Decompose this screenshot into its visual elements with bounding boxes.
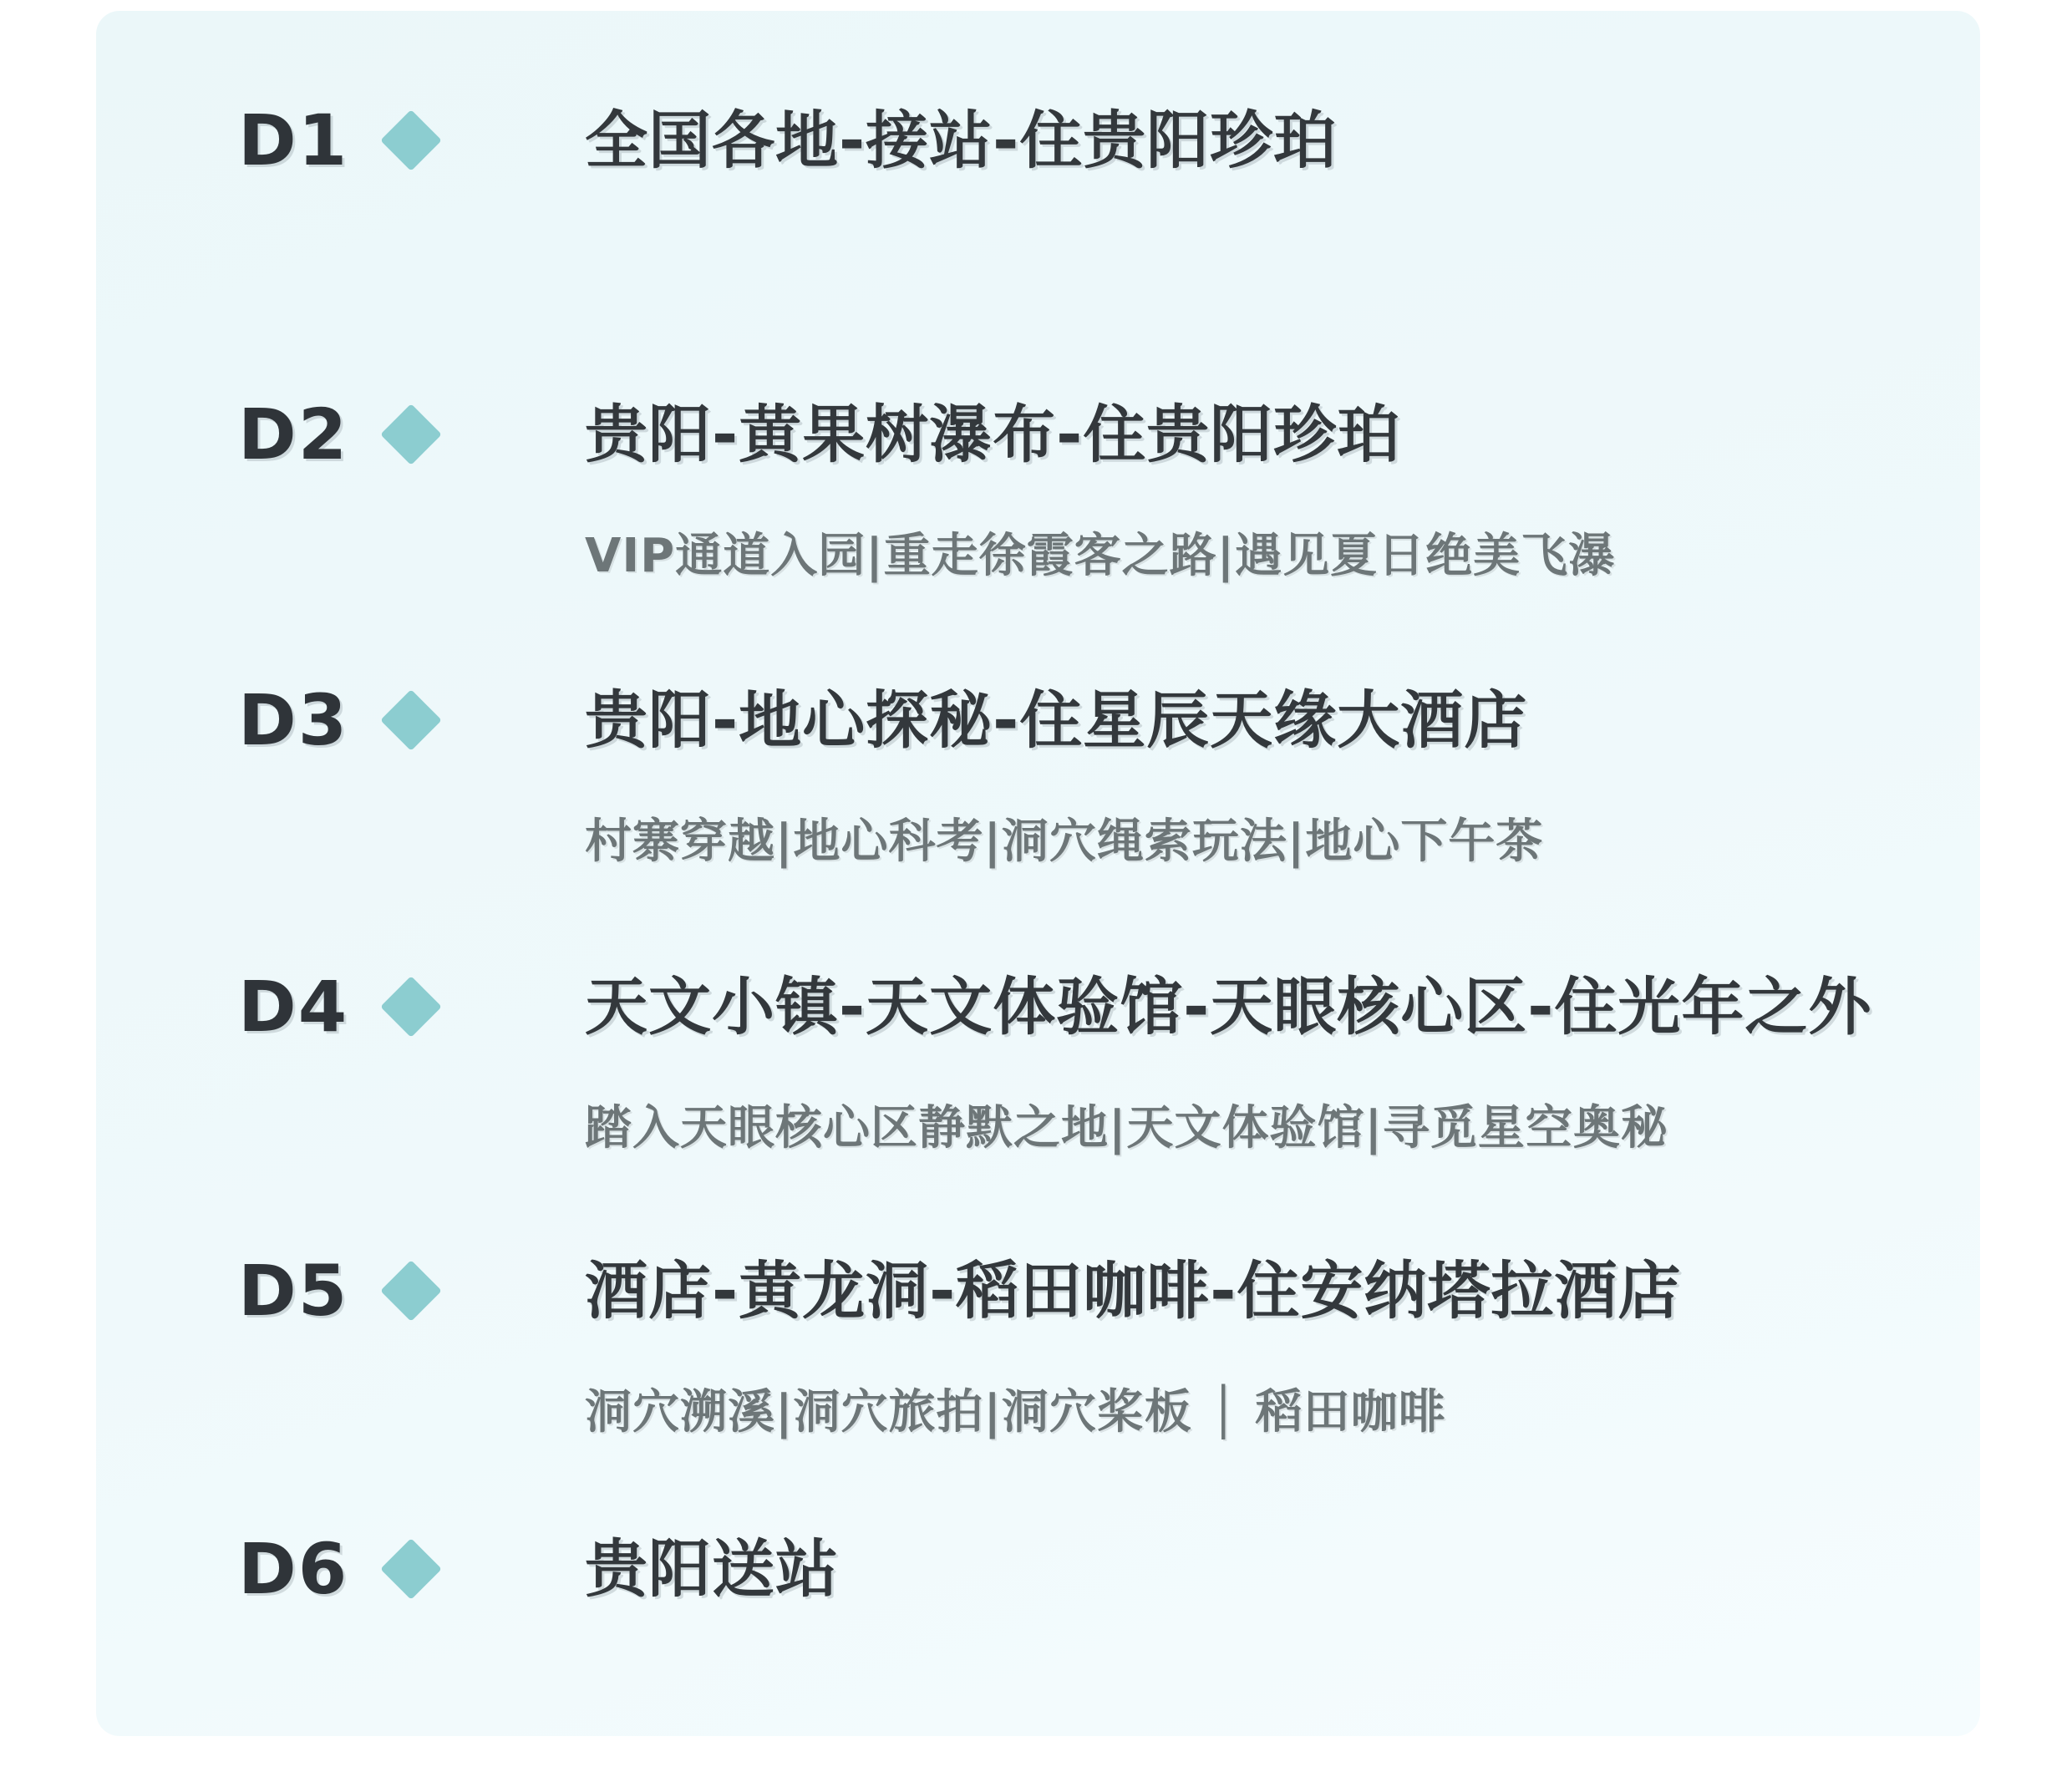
day-head: D4 天文小镇-天文体验馆-天眼核心区-住光年之外 [96, 965, 1980, 1048]
itinerary-graphic: D1 全国各地-接站-住贵阳珍珀 D2 贵阳-黄果树瀑布-住贵阳珍珀 VIP通道… [0, 0, 2072, 1777]
day-title: 酒店-黄龙洞-稻田咖啡-住安纳塔拉酒店 [585, 1260, 1681, 1323]
diamond-icon [380, 689, 442, 751]
diamond-icon [380, 976, 442, 1038]
day-subtitle: 洞穴溯溪|洞穴旅拍|洞穴桨板 │ 稻田咖啡 [585, 1389, 1446, 1436]
day-head: D5 酒店-黄龙洞-稻田咖啡-住安纳塔拉酒店 [96, 1249, 1980, 1333]
diamond-icon [380, 404, 442, 465]
day-subtitle: VIP通道入园|重走徐霞客之路|遇见夏日绝美飞瀑 [585, 533, 1616, 580]
day-subtitle: 村寨穿越|地心科考|洞穴绳索玩法|地心下午茶 [585, 819, 1543, 866]
day-title: 天文小镇-天文体验馆-天眼核心区-住光年之外 [585, 976, 1871, 1038]
itinerary-panel: D1 全国各地-接站-住贵阳珍珀 D2 贵阳-黄果树瀑布-住贵阳珍珀 VIP通道… [96, 11, 1980, 1736]
day-label: D1 [238, 105, 338, 175]
day-row-d3: D3 贵阳-地心探秘-住星辰天缘大酒店 村寨穿越|地心科考|洞穴绳索玩法|地心下… [96, 678, 1980, 762]
day-label: D3 [238, 685, 338, 755]
day-row-d5: D5 酒店-黄龙洞-稻田咖啡-住安纳塔拉酒店 洞穴溯溪|洞穴旅拍|洞穴桨板 │ … [96, 1249, 1980, 1333]
day-title: 贵阳-黄果树瀑布-住贵阳珍珀 [585, 404, 1400, 466]
day-label: D5 [238, 1256, 338, 1326]
day-subtitle: 踏入天眼核心区静默之地|天文体验馆|寻觅星空奥秘 [585, 1105, 1668, 1152]
day-head: D6 贵阳送站 [96, 1527, 1980, 1611]
day-title: 贵阳送站 [585, 1538, 839, 1601]
diamond-icon [380, 109, 442, 171]
day-label: D6 [238, 1534, 338, 1604]
diamond-icon [380, 1538, 442, 1600]
day-row-d6: D6 贵阳送站 [96, 1527, 1980, 1611]
day-head: D2 贵阳-黄果树瀑布-住贵阳珍珀 [96, 393, 1980, 476]
day-title: 全国各地-接站-住贵阳珍珀 [585, 109, 1337, 172]
diamond-icon [380, 1260, 442, 1322]
day-title: 贵阳-地心探秘-住星辰天缘大酒店 [585, 689, 1527, 752]
day-row-d2: D2 贵阳-黄果树瀑布-住贵阳珍珀 VIP通道入园|重走徐霞客之路|遇见夏日绝美… [96, 393, 1980, 476]
day-head: D1 全国各地-接站-住贵阳珍珀 [96, 99, 1980, 182]
day-row-d4: D4 天文小镇-天文体验馆-天眼核心区-住光年之外 踏入天眼核心区静默之地|天文… [96, 965, 1980, 1048]
day-row-d1: D1 全国各地-接站-住贵阳珍珀 [96, 99, 1980, 182]
day-label: D2 [238, 399, 338, 470]
day-label: D4 [238, 972, 338, 1042]
day-head: D3 贵阳-地心探秘-住星辰天缘大酒店 [96, 678, 1980, 762]
